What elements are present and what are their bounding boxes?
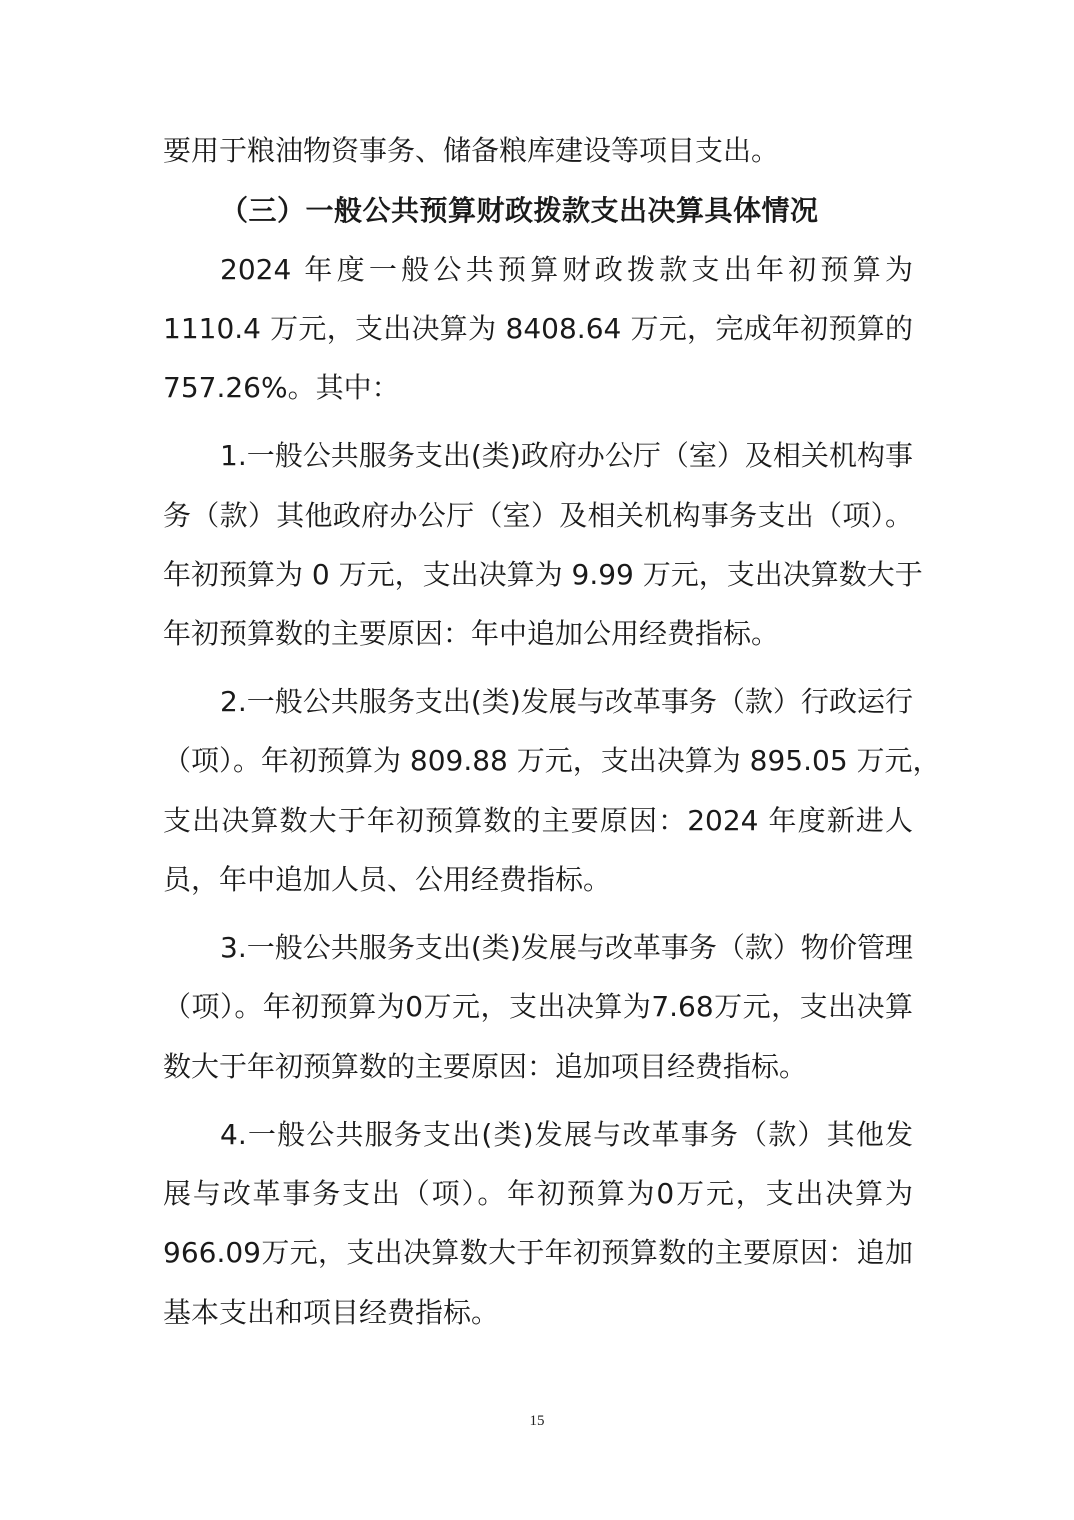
item-3-line-2: （项）。年初预算为0万元，支出决算为7.68万元，支出决算 — [163, 987, 913, 1027]
item-2-line-4: 员，年中追加人员、公用经费指标。 — [163, 860, 913, 900]
section-heading: （三）一般公共预算财政拨款支出决算具体情况 — [220, 191, 819, 231]
item-1-line-1: 1.一般公共服务支出(类)政府办公厅（室）及相关机构事 — [220, 436, 913, 476]
paragraph-continuation-line: 要用于粮油物资事务、储备粮库建设等项目支出。 — [163, 131, 913, 171]
item-2-line-1: 2.一般公共服务支出(类)发展与改革事务（款）行政运行 — [220, 682, 913, 722]
summary-paragraph-line-2: 1110.4 万元，支出决算为 8408.64 万元，完成年初预算的 — [163, 309, 913, 349]
summary-paragraph-line-1: 2024 年度一般公共预算财政拨款支出年初预算为 — [220, 250, 913, 290]
item-4-line-2: 展与改革事务支出（项）。年初预算为0万元，支出决算为 — [163, 1174, 913, 1214]
item-1-line-2: 务（款）其他政府办公厅（室）及相关机构事务支出（项）。 — [163, 496, 913, 536]
item-1-line-3: 年初预算为 0 万元，支出决算为 9.99 万元，支出决算数大于 — [163, 555, 913, 595]
item-4-line-1: 4.一般公共服务支出(类)发展与改革事务（款）其他发 — [220, 1115, 913, 1155]
item-4-line-3: 966.09万元，支出决算数大于年初预算数的主要原因：追加 — [163, 1233, 913, 1273]
item-1-line-4: 年初预算数的主要原因：年中追加公用经费指标。 — [163, 614, 913, 654]
item-2-line-3: 支出决算数大于年初预算数的主要原因：2024 年度新进人 — [163, 801, 913, 841]
page-number: 15 — [0, 1413, 1074, 1430]
item-3-line-3: 数大于年初预算数的主要原因：追加项目经费指标。 — [163, 1047, 913, 1087]
summary-paragraph-line-3: 757.26%。其中： — [163, 368, 913, 408]
document-page: 要用于粮油物资事务、储备粮库建设等项目支出。 （三）一般公共预算财政拨款支出决算… — [0, 0, 1074, 1520]
item-2-line-2: （项）。年初预算为 809.88 万元，支出决算为 895.05 万元， — [163, 741, 913, 781]
item-3-line-1: 3.一般公共服务支出(类)发展与改革事务（款）物价管理 — [220, 928, 913, 968]
item-4-line-4: 基本支出和项目经费指标。 — [163, 1293, 913, 1333]
